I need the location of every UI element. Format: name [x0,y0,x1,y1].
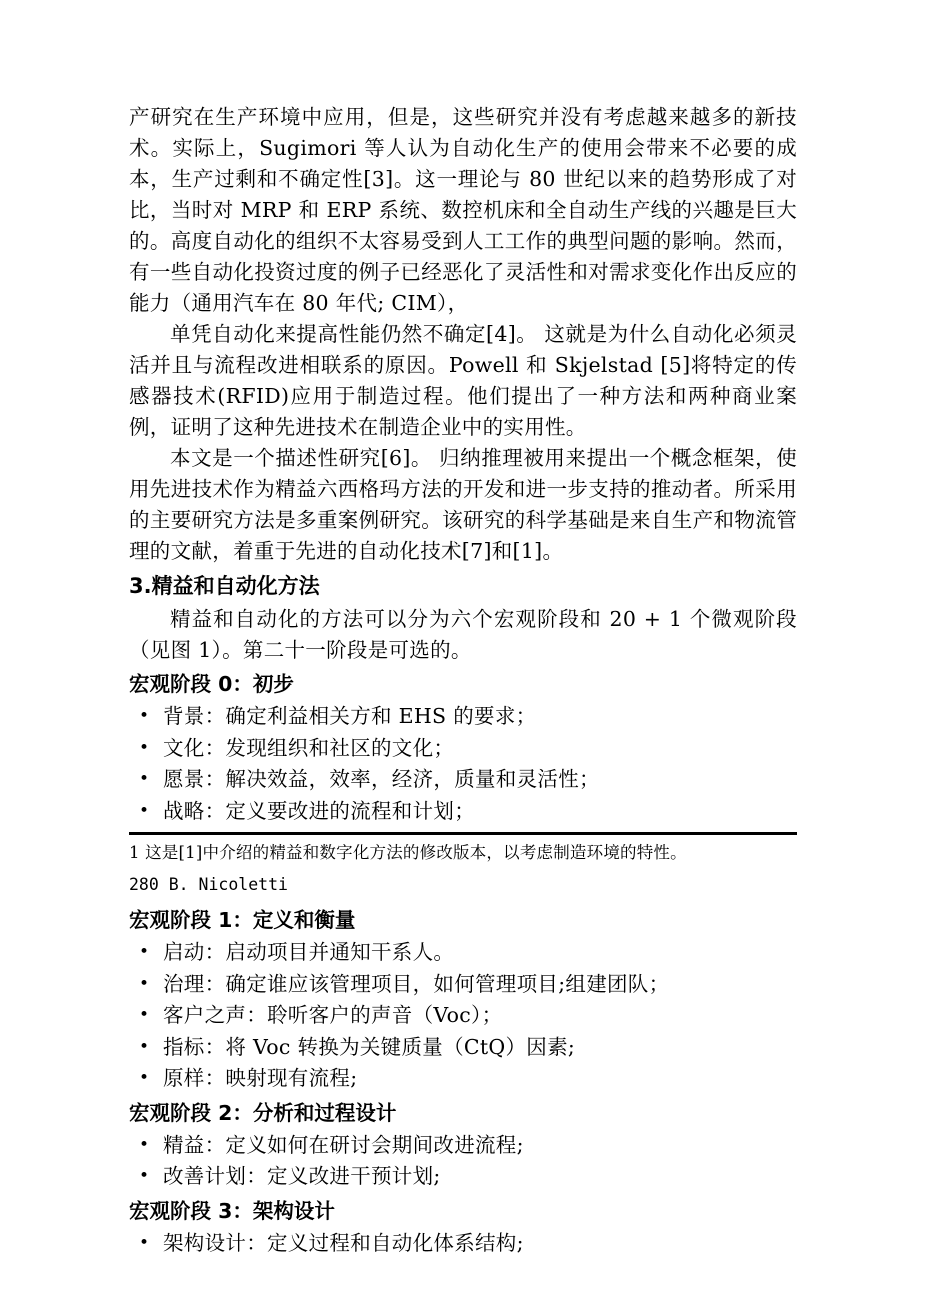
bullet-icon: • [129,937,163,969]
list-item-text: 改善计划：定义改进干预计划; [163,1161,797,1193]
footnote: 1 这是[1]中介绍的精益和数字化方法的修改版本，以考虑制造环境的特性。 [129,841,797,865]
phase-2-heading: 宏观阶段 2：分析和过程设计 [129,1098,797,1128]
section-heading: 3.精益和自动化方法 [129,571,797,601]
list-item-text: 原样：映射现有流程; [163,1063,797,1095]
bullet-icon: • [129,1161,163,1193]
body-paragraph: 本文是一个描述性研究[6]。 归纳推理被用来提出一个概念框架，使用先进技术作为精… [129,443,797,567]
list-item: • 愿景：解决效益，效率，经济，质量和灵活性； [129,764,797,796]
body-paragraph: 产研究在生产环境中应用，但是，这些研究并没有考虑越来越多的新技术。实际上，Sug… [129,102,797,319]
list-item: • 启动：启动项目并通知干系人。 [129,937,797,969]
document-page: 产研究在生产环境中应用，但是，这些研究并没有考虑越来越多的新技术。实际上，Sug… [0,0,926,1309]
list-item-text: 指标：将 Voc 转换为关键质量（CtQ）因素; [163,1032,797,1064]
list-item-text: 文化：发现组织和社区的文化； [163,733,797,765]
bullet-icon: • [129,969,163,1001]
list-item-text: 战略：定义要改进的流程和计划； [163,796,797,828]
page-running-header: 280 B. Nicoletti [129,873,797,897]
bullet-icon: • [129,1063,163,1095]
bullet-icon: • [129,1000,163,1032]
section-intro-paragraph: 精益和自动化的方法可以分为六个宏观阶段和 20 + 1 个微观阶段（见图 1）。… [129,604,797,666]
footnote-separator-rule [129,832,797,835]
bullet-icon: • [129,1228,163,1260]
list-item: • 客户之声：聆听客户的声音（Voc）； [129,1000,797,1032]
list-item: • 战略：定义要改进的流程和计划； [129,796,797,828]
list-item-text: 客户之声：聆听客户的声音（Voc）； [163,1000,797,1032]
bullet-icon: • [129,1032,163,1064]
list-item-text: 精益：定义如何在研讨会期间改进流程; [163,1130,797,1162]
bullet-icon: • [129,701,163,733]
list-item-text: 架构设计：定义过程和自动化体系结构; [163,1228,797,1260]
phase-3-heading: 宏观阶段 3：架构设计 [129,1196,797,1226]
list-item-text: 启动：启动项目并通知干系人。 [163,937,797,969]
bullet-icon: • [129,764,163,796]
list-item-text: 治理：确定谁应该管理项目，如何管理项目;组建团队； [163,969,797,1001]
list-item: • 治理：确定谁应该管理项目，如何管理项目;组建团队； [129,969,797,1001]
list-item-text: 愿景：解决效益，效率，经济，质量和灵活性； [163,764,797,796]
list-item: • 改善计划：定义改进干预计划; [129,1161,797,1193]
list-item: • 文化：发现组织和社区的文化； [129,733,797,765]
list-item: • 指标：将 Voc 转换为关键质量（CtQ）因素; [129,1032,797,1064]
phase-0-heading: 宏观阶段 0：初步 [129,669,797,699]
bullet-icon: • [129,1130,163,1162]
list-item: • 原样：映射现有流程; [129,1063,797,1095]
body-paragraph: 单凭自动化来提高性能仍然不确定[4]。 这就是为什么自动化必须灵活并且与流程改进… [129,319,797,443]
bullet-icon: • [129,796,163,828]
list-item: • 精益：定义如何在研讨会期间改进流程; [129,1130,797,1162]
bullet-icon: • [129,733,163,765]
list-item-text: 背景：确定利益相关方和 EHS 的要求； [163,701,797,733]
phase-1-heading: 宏观阶段 1：定义和衡量 [129,905,797,935]
list-item: • 架构设计：定义过程和自动化体系结构; [129,1228,797,1260]
list-item: • 背景：确定利益相关方和 EHS 的要求； [129,701,797,733]
